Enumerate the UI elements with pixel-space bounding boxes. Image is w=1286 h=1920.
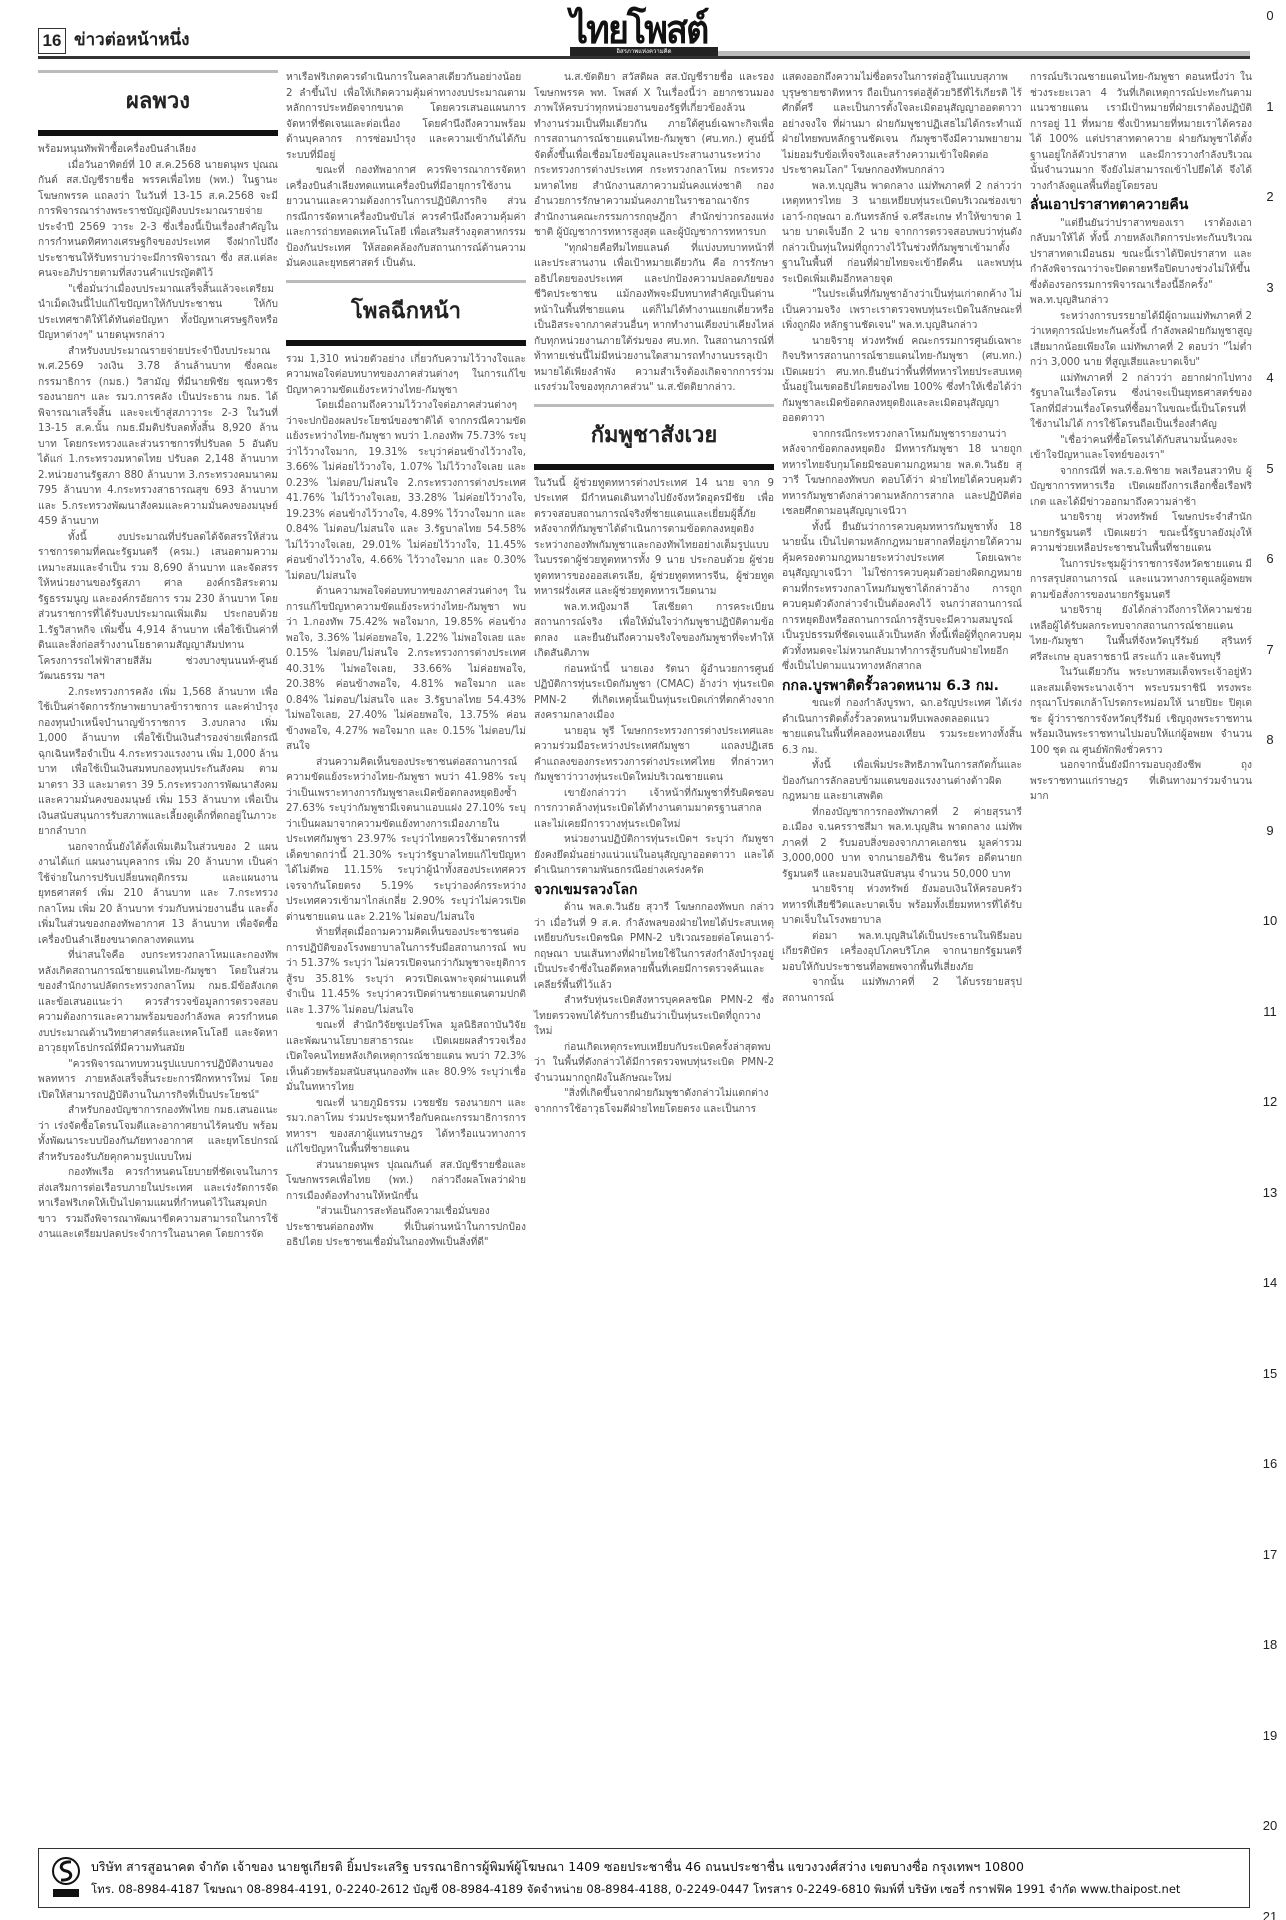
margin-number: 20	[1258, 1818, 1282, 1833]
box-title-cambodia: กัมพูชาสังเวย	[534, 407, 774, 464]
publisher-logo-icon	[51, 1855, 81, 1901]
margin-number: 17	[1258, 1547, 1282, 1562]
paragraph: พล.ท.หญิงมาลี โสเชียตา การคระเบียนสถานกา…	[534, 600, 774, 662]
margin-number: 8	[1258, 732, 1282, 747]
box-rule-thick	[286, 340, 526, 346]
subheading: จวกเขมรลวงโลก	[534, 883, 774, 899]
paragraph: กองทัพเรือ ควรกำหนดนโยบายที่ชัดเจนในการส…	[38, 1165, 278, 1243]
box-title-pholphuang: ผลพวง	[38, 73, 278, 130]
margin-number: 18	[1258, 1637, 1282, 1652]
paragraph: ส่วนความคิดเห็นของประชาชนต่อสถานการณ์ควา…	[286, 755, 526, 926]
subheading: กกล.บูรพาติดรั้วลวดหนาม 6.3 กม.	[782, 679, 1022, 695]
paragraph: ที่น่าสนใจคือ งบกระทรวงกลาโหมและกองทัพหล…	[38, 948, 278, 1057]
paragraph: แสดงออกถึงความไม่ซื่อตรงในการต่อสู้ในแบบ…	[782, 70, 1022, 179]
article-body: พร้อมหนุนทัพฟ้าซื้อเครื่องบินลำเลียงเมื่…	[38, 142, 278, 1243]
margin-number: 13	[1258, 1185, 1282, 1200]
paragraph: รวม 1,310 หน่วยตัวอย่าง เกี่ยวกับความไว้…	[286, 352, 526, 399]
paragraph: หน่วยงานปฏิบัติการทุ่นระเบิดฯ ระบุว่า กั…	[534, 832, 774, 879]
paragraph: "สิ่งที่เกิดขึ้นจากฝ่ายกัมพูชาดังกล่าวไม…	[534, 1086, 774, 1117]
margin-number: 21	[1258, 1909, 1282, 1920]
box-title-poll: โพลฉีกหน้า	[286, 283, 526, 340]
margin-number: 12	[1258, 1094, 1282, 1109]
margin-number: 15	[1258, 1366, 1282, 1381]
paragraph: ที่กองบัญชาการกองทัพภาคที่ 2 ค่ายสุรนารี…	[782, 805, 1022, 883]
column-5: การณ์บริเวณชายแดนไทย-กัมพูชา ตอนหนึ่งว่า…	[1030, 70, 1252, 805]
column-1: ผลพวง พร้อมหนุนทัพฟ้าซื้อเครื่องบินลำเลี…	[38, 70, 278, 1243]
paragraph: นายจิรายุ ห่วงทรัพย์ ยังมอบเงินให้ครอบคร…	[782, 882, 1022, 929]
paragraph: ทั้งนี้ งบประมาณที่ปรับลดได้จัดสรรให้ส่ว…	[38, 530, 278, 685]
imprint-line-1: บริษัท สารสูอนาคต จำกัด เจ้าของ นายชูเกี…	[91, 1857, 1024, 1877]
article-body-top: หาเรือฟริเกตควรดำเนินการในคลาสเดียวกันอย…	[286, 70, 526, 272]
margin-number: 11	[1258, 1004, 1282, 1019]
imprint-footer: บริษัท สารสูอนาคต จำกัด เจ้าของ นายชูเกี…	[38, 1848, 1250, 1908]
box-rule-thick	[534, 464, 774, 470]
paragraph: ขณะที่ นายภูมิธรรม เวชยชัย รองนายกฯ และ …	[286, 1096, 526, 1158]
paragraph: แม่ทัพภาคที่ 2 กล่าวว่า อยากฝากไปทางรัฐบ…	[1030, 371, 1252, 433]
paragraph: ในการประชุมผู้ว่าราชการจังหวัดชายแดน มีก…	[1030, 557, 1252, 604]
margin-number: 2	[1258, 189, 1282, 204]
paragraph: นายจิรายุ ห่วงทรัพย์ โฆษกประจำสำนักนายกร…	[1030, 510, 1252, 557]
paragraph: ขณะที่ สำนักวิจัยซูเปอร์โพล มูลนิธิสถาบั…	[286, 1018, 526, 1096]
paragraph: ด้านความพอใจต่อบทบาทของภาคส่วนต่างๆ ในกา…	[286, 584, 526, 755]
paragraph: โดยเมื่อถามถึงความไว้วางใจต่อภาคส่วนต่าง…	[286, 398, 526, 584]
paragraph: "ในประเด็นที่กัมพูชาอ้างว่าเป็นทุ่นเก่าต…	[782, 287, 1022, 334]
paragraph: จากนั้น แม่ทัพภาคที่ 2 ได้บรรยายสรุปสถาน…	[782, 975, 1022, 1006]
margin-number: 14	[1258, 1275, 1282, 1290]
masthead-logo: ไทยโพสต์ อิสรภาพแห่งความคิด	[570, 10, 718, 58]
paragraph: เขายังกล่าวว่า เจ้าหน้าที่กัมพูชาที่รับผ…	[534, 786, 774, 833]
paragraph: ระหว่างการบรรยายได้มีผู้ถามแม่ทัพภาคที่ …	[1030, 309, 1252, 371]
paragraph: นอกจากนั้นยังมีการมอบถุงยังชีพ ถุงพระราช…	[1030, 758, 1252, 805]
paragraph: สำหรับงบประมาณรายจ่ายประจำปีงบประมาณ พ.ศ…	[38, 344, 278, 530]
margin-number: 7	[1258, 642, 1282, 657]
paragraph: 2.กระทรวงการคลัง เพิ่ม 1,568 ล้านบาท เพื…	[38, 685, 278, 840]
paragraph: ขณะที่ กองทัพอากาศ ควรพิจารณาการจัดหาเคร…	[286, 163, 526, 272]
article-body: ในวันนี้ ผู้ช่วยทูตทหารต่างประเทศ 14 นาย…	[534, 476, 774, 879]
paragraph: การณ์บริเวณชายแดนไทย-กัมพูชา ตอนหนึ่งว่า…	[1030, 70, 1252, 194]
imprint-line-2: โทร. 08-8984-4187 โฆษณา 08-8984-4191, 0-…	[91, 1881, 1180, 1899]
paragraph: "เชื่อมั่นว่าเมื่องบประมาณเสร็จสิ้นแล้วจ…	[38, 282, 278, 344]
newspaper-page: 16 ข่าวต่อหน้าหนึ่ง ไทยโพสต์ อิสรภาพแห่ง…	[0, 0, 1286, 1920]
article-body-top: น.ส.ขัตติยา สวัสดิผล สส.บัญชีรายชื่อ และ…	[534, 70, 774, 396]
paragraph: "เชื่อว่าคนที่ซื้อโดรนได้กับสนามนั้นคงจะ…	[1030, 433, 1252, 464]
column-4: แสดงออกถึงความไม่ซื่อตรงในการต่อสู้ในแบบ…	[782, 70, 1022, 1006]
column-3: น.ส.ขัตติยา สวัสดิผล สส.บัญชีรายชื่อ และ…	[534, 70, 774, 1117]
paragraph: ทั้งนี้ ยืนยันว่าการควบคุมทหารกัมพูชาทั้…	[782, 520, 1022, 675]
paragraph: สำหรับทุ่นระเบิดสังหารบุคคลชนิด PMN-2 ซึ…	[534, 993, 774, 1040]
paragraph: ทั้งนี้ เพื่อเพิ่มประสิทธิภาพในการสกัดกั…	[782, 758, 1022, 805]
header-rule	[38, 56, 1250, 59]
margin-number: 9	[1258, 823, 1282, 838]
column-2: หาเรือฟริเกตควรดำเนินการในคลาสเดียวกันอย…	[286, 70, 526, 1251]
paragraph: นายจิรายุ ห่วงทรัพย์ คณะกรรมการศูนย์เฉพา…	[782, 334, 1022, 427]
margin-number: 19	[1258, 1728, 1282, 1743]
article-body: แสดงออกถึงความไม่ซื่อตรงในการต่อสู้ในแบบ…	[782, 70, 1022, 1006]
margin-number: 3	[1258, 280, 1282, 295]
article-body: รวม 1,310 หน่วยตัวอย่าง เกี่ยวกับความไว้…	[286, 352, 526, 1251]
margin-number: 1	[1258, 99, 1282, 114]
paragraph: "ควรพิจารณาทบทวนรูปแบบการปฏิบัติงานของพล…	[38, 1057, 278, 1104]
paragraph: ในวันเดียวกัน พระบาทสมเด็จพระเจ้าอยู่หัว…	[1030, 665, 1252, 758]
paragraph: ต่อมา พล.ท.บุญสินได้เป็นประธานในพิธีมอบเ…	[782, 929, 1022, 976]
logo-text: ไทยโพสต์	[570, 10, 718, 50]
paragraph: "แต่ยืนยันว่าปราสาทของเรา เราต้องเอากลับ…	[1030, 216, 1252, 309]
paragraph: นายจิรายุ ยังได้กล่าวถึงการให้ความช่วยเห…	[1030, 603, 1252, 665]
paragraph: ส่วนนายดนุพร ปุณณกันต์ สส.บัญชีรายชื่อแล…	[286, 1158, 526, 1205]
paragraph: ในวันนี้ ผู้ช่วยทูตทหารต่างประเทศ 14 นาย…	[534, 476, 774, 600]
margin-number: 4	[1258, 370, 1282, 385]
paragraph: "ทุกฝ่ายคือทีมไทยแลนด์ ที่แบ่งบทบาทหน้าท…	[534, 241, 774, 396]
page-number: 16	[38, 28, 66, 54]
paragraph: นอกจากนั้นยังได้ตั้งเพิ่มเติมในส่วนของ 2…	[38, 840, 278, 949]
paragraph: น.ส.ขัตติยา สวัสดิผล สส.บัญชีรายชื่อ และ…	[534, 70, 774, 241]
paragraph: ท้ายที่สุดเมื่อถามความคิดเห็นของประชาชนต…	[286, 925, 526, 1018]
paragraph: หาเรือฟริเกตควรดำเนินการในคลาสเดียวกันอย…	[286, 70, 526, 163]
paragraph: สำหรับกองบัญชาการกองทัพไทย กมธ.เสนอแนะว่…	[38, 1103, 278, 1165]
page-header: 16 ข่าวต่อหน้าหนึ่ง ไทยโพสต์ อิสรภาพแห่ง…	[38, 10, 1250, 60]
subheading: ลั่นเอาปราสาทตาควายคืน	[1030, 198, 1252, 214]
paragraph: ก่อนหน้านี้ นายเอง รัตนา ผู้อำนวยการศูนย…	[534, 662, 774, 724]
margin-number: 16	[1258, 1456, 1282, 1471]
logo-tagline: อิสรภาพแห่งความคิด	[570, 47, 718, 56]
article-body: การณ์บริเวณชายแดนไทย-กัมพูชา ตอนหนึ่งว่า…	[1030, 70, 1252, 805]
section-title: ข่าวต่อหน้าหนึ่ง	[74, 28, 189, 52]
margin-number: 5	[1258, 461, 1282, 476]
margin-number: 10	[1258, 913, 1282, 928]
box-rule-thick	[38, 130, 278, 136]
paragraph: พล.ท.บุญสิน พาดกลาง แม่ทัพภาคที่ 2 กล่าว…	[782, 179, 1022, 288]
article-body-after: ด้าน พล.ต.วินธัย สุวารี โฆษกกองทัพบก กล่…	[534, 900, 774, 1117]
paragraph: ด้าน พล.ต.วินธัย สุวารี โฆษกกองทัพบก กล่…	[534, 900, 774, 993]
paragraph: "ส่วนเป็นการสะท้อนถึงความเชื่อมั่นของประ…	[286, 1204, 526, 1251]
paragraph: นายอุน พูรี โฆษกกระทรวงการต่างประเทศและค…	[534, 724, 774, 786]
paragraph: จากกรณีกระทรวงกลาโหมกัมพูชารายงานว่าหลัง…	[782, 427, 1022, 520]
paragraph: ขณะที่ กองกำลังบูรพา, ฉก.อรัญประเทศ ได้เ…	[782, 696, 1022, 758]
paragraph: พร้อมหนุนทัพฟ้าซื้อเครื่องบินลำเลียง	[38, 142, 278, 158]
margin-number: 0	[1258, 8, 1282, 23]
paragraph: เมื่อวันอาทิตย์ที่ 10 ส.ค.2568 นายดนุพร …	[38, 158, 278, 282]
paragraph: จากกรณีที่ พล.ร.อ.พิชาย พลเรือนสวาทิบ ผู…	[1030, 464, 1252, 511]
paragraph: ก่อนเกิดเหตุกระทบเหยียบกับระเบิดครั้งล่า…	[534, 1040, 774, 1087]
margin-number: 6	[1258, 551, 1282, 566]
